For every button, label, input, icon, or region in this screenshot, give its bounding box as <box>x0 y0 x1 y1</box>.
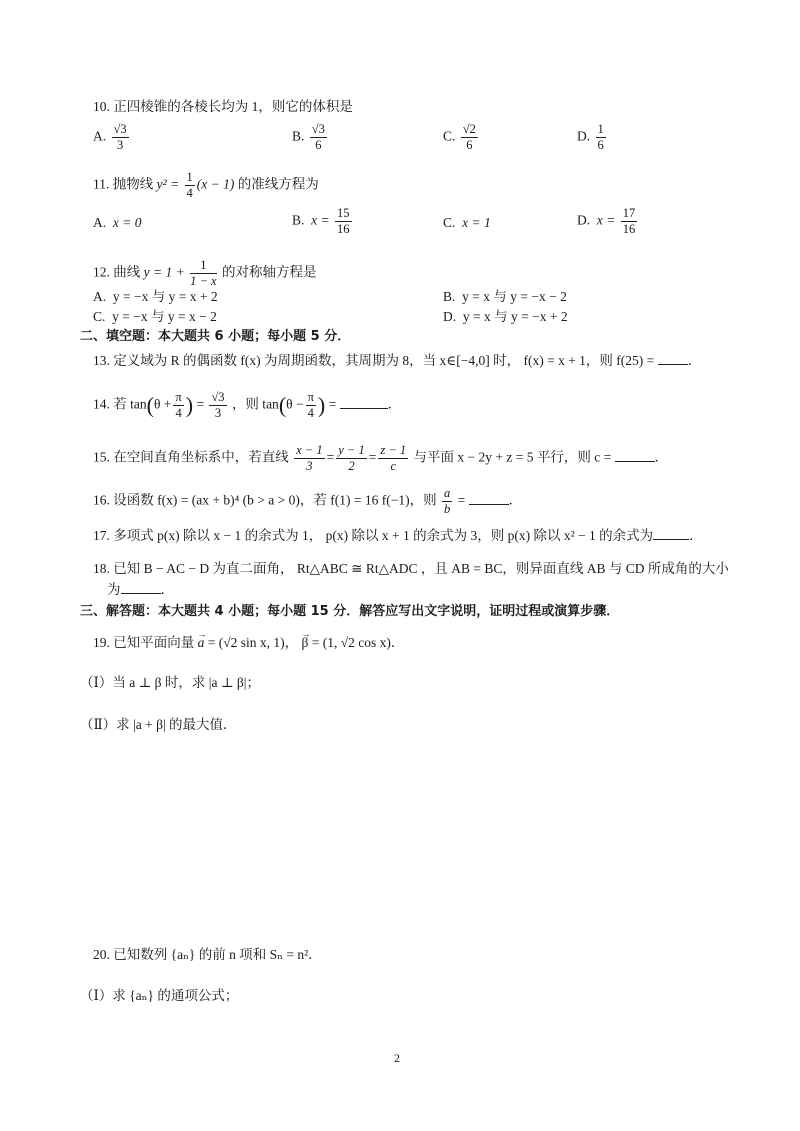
question-20-part-1: （Ⅰ）求 {aₙ} 的通项公式； <box>80 987 238 1005</box>
answer-blank[interactable] <box>615 449 655 462</box>
punctuation: ． <box>689 528 703 543</box>
fraction: 1516 <box>335 206 352 237</box>
equation-right: (x − 1) <box>197 177 235 192</box>
equation-left: y = 1 + <box>144 265 185 280</box>
page-number: 2 <box>394 1051 400 1066</box>
option-label: B. <box>292 213 304 228</box>
question-10-stem: 10. 正四棱锥的各棱长均为 1，则它的体积是 <box>93 98 353 116</box>
punctuation: ． <box>388 397 402 412</box>
fraction: 14 <box>185 170 195 201</box>
arg: θ + <box>154 397 171 412</box>
answer-blank[interactable] <box>653 527 689 540</box>
question-text: 为 <box>107 582 121 597</box>
section-fill-blank-header: 二、填空题：本大题共 6 小题；每小题 5 分． <box>80 328 350 346</box>
question-19-stem: 19. 已知平面向量 a = (√2 sin x, 1)， β = (1, √2… <box>93 634 404 652</box>
option-label: D. <box>577 129 590 144</box>
fraction: π4 <box>173 390 183 421</box>
option-label: A. <box>93 215 106 230</box>
question-16: 16. 设函数 f(x) = (ax + b)⁴ (b > a > 0)，若 f… <box>93 486 522 517</box>
vector-a-value: = (√2 sin x, 1)， <box>208 635 298 650</box>
q11-option-b: B. x = 1516 <box>292 206 354 237</box>
vector-a: a <box>198 634 205 652</box>
answer-blank[interactable] <box>121 581 161 594</box>
right-paren: ) <box>186 393 193 418</box>
equals: = <box>458 493 466 508</box>
option-text: x = <box>311 213 329 228</box>
question-text: 17. 多项式 p(x) 除以 x − 1 的余式为 1， p(x) 除以 x … <box>93 528 653 543</box>
q10-option-d: D. 16 <box>577 122 608 153</box>
stem-prefix: 11. 抛物线 <box>93 177 153 192</box>
question-18-line-2: 为． <box>107 581 174 599</box>
fraction: y − 12 <box>336 443 366 474</box>
option-label: C. <box>443 215 455 230</box>
punctuation: ． <box>161 582 175 597</box>
section-solution-header: 三、解答题：本大题共 4 小题；每小题 15 分．解答应写出文字说明，证明过程或… <box>80 603 619 621</box>
option-text: y = −x 与 y = x + 2 <box>113 289 218 304</box>
punctuation: ． <box>509 493 523 508</box>
stem-suffix: 与平面 x − 2y + z = 5 平行，则 c = <box>414 450 612 465</box>
q11-option-c: C. x = 1 <box>443 214 491 232</box>
option-label: A. <box>93 289 106 304</box>
q12-option-a: A. y = −x 与 y = x + 2 <box>93 288 218 306</box>
fraction: √33 <box>209 390 226 421</box>
question-19-part-1: （Ⅰ）当 a ⊥ β 时，求 |a ⊥ β|； <box>80 674 260 692</box>
option-label: B. <box>292 129 304 144</box>
question-13: 13. 定义域为 R 的偶函数 f(x) 为周期函数，其周期为 8，当 x∈[−… <box>93 352 701 370</box>
option-label: D. <box>577 213 590 228</box>
option-label: C. <box>93 309 105 324</box>
option-label: C. <box>443 129 455 144</box>
fraction: ab <box>442 486 452 517</box>
vector-beta: β <box>302 634 309 652</box>
stem-prefix: 19. 已知平面向量 <box>93 635 194 650</box>
q10-option-b: B. √36 <box>292 122 329 153</box>
answer-blank[interactable] <box>340 396 388 409</box>
question-20-stem: 20. 已知数列 {aₙ} 的前 n 项和 Sₙ = n²． <box>93 946 322 964</box>
q10-option-c: C. √26 <box>443 122 480 153</box>
question-11-stem: 11. 抛物线 y² = 14(x − 1) 的准线方程为 <box>93 170 319 201</box>
option-text: x = 1 <box>462 215 491 230</box>
equals: = <box>329 397 337 412</box>
stem-prefix: 14. 若 tan <box>93 397 147 412</box>
question-text: 13. 定义域为 R 的偶函数 f(x) 为周期函数，其周期为 8，当 x∈[−… <box>93 353 654 368</box>
fraction: √26 <box>461 122 478 153</box>
question-12-stem: 12. 曲线 y = 1 + 11 − x 的对称轴方程是 <box>93 258 316 289</box>
stem-prefix: 15. 在空间直角坐标系中，若直线 <box>93 450 289 465</box>
question-19-part-2: （Ⅱ）求 |a + β| 的最大值． <box>80 716 237 734</box>
fraction: x − 13 <box>294 443 324 474</box>
fraction: 16 <box>596 122 606 153</box>
answer-blank[interactable] <box>658 352 688 365</box>
punctuation: ． <box>655 450 669 465</box>
fraction: √36 <box>310 122 327 153</box>
equals: = <box>196 397 204 412</box>
stem-prefix: 16. 设函数 f(x) = (ax + b)⁴ (b > a > 0)，若 f… <box>93 493 437 508</box>
question-17: 17. 多项式 p(x) 除以 x − 1 的余式为 1， p(x) 除以 x … <box>93 527 703 545</box>
question-15: 15. 在空间直角坐标系中，若直线 x − 13=y − 12=z − 1c 与… <box>93 443 668 474</box>
q12-option-b: B. y = x 与 y = −x − 2 <box>443 288 567 306</box>
option-text: y = −x 与 y = x − 2 <box>112 309 217 324</box>
answer-blank[interactable] <box>469 492 509 505</box>
punctuation: ． <box>688 353 702 368</box>
option-text: x = <box>597 213 615 228</box>
equation-left: y² = <box>157 177 180 192</box>
vector-beta-value: = (1, √2 cos x)． <box>312 635 405 650</box>
option-text: y = x 与 y = −x + 2 <box>463 309 568 324</box>
stem-suffix: 的对称轴方程是 <box>222 265 317 280</box>
option-label: A. <box>93 129 106 144</box>
option-text: y = x 与 y = −x − 2 <box>462 289 567 304</box>
q12-option-d: D. y = x 与 y = −x + 2 <box>443 308 568 326</box>
option-label: D. <box>443 309 456 324</box>
fraction: π4 <box>306 390 316 421</box>
option-text: x = 0 <box>113 215 142 230</box>
fraction: 1716 <box>621 206 638 237</box>
left-paren: ( <box>147 393 154 418</box>
q12-option-c: C. y = −x 与 y = x − 2 <box>93 308 217 326</box>
q10-option-a: A. √33 <box>93 122 131 153</box>
stem-prefix: 12. 曲线 <box>93 265 140 280</box>
question-18-line-1: 18. 已知 B − AC − D 为直二面角， Rt△ABC ≅ Rt△ADC… <box>93 560 729 578</box>
option-label: B. <box>443 289 455 304</box>
q11-option-a: A. x = 0 <box>93 214 141 232</box>
question-14: 14. 若 tan(θ +π4) = √33 ，则 tan(θ −π4) = ． <box>93 390 401 421</box>
arg: θ − <box>286 397 303 412</box>
fraction: 11 − x <box>190 258 216 289</box>
stem-middle: ，则 tan <box>232 397 279 412</box>
q11-option-d: D. x = 1716 <box>577 206 639 237</box>
stem-suffix: 的准线方程为 <box>238 177 319 192</box>
fraction: √33 <box>112 122 129 153</box>
right-paren: ) <box>318 393 325 418</box>
fraction: z − 1c <box>378 443 408 474</box>
